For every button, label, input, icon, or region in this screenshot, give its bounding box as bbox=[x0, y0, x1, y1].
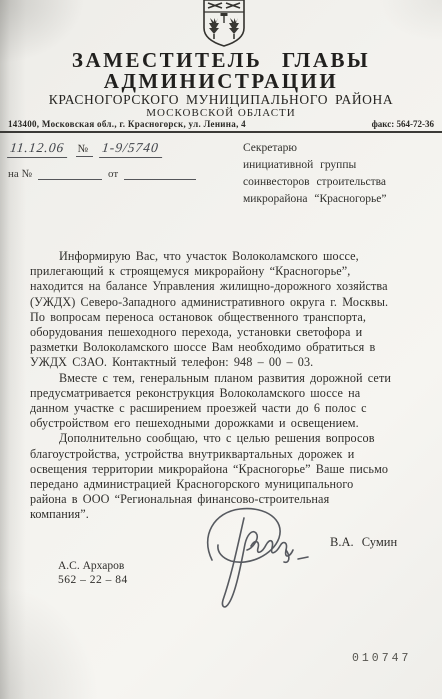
outgoing-number-handwritten: 1-9/5740 bbox=[99, 140, 164, 158]
executor-phone: 562 – 22 – 84 bbox=[58, 573, 128, 587]
recipient-line: соинвесторов строительства bbox=[243, 174, 433, 191]
body-line: Дополнительно сообщаю, что с целью решен… bbox=[30, 431, 432, 446]
krasnogorsk-crest-icon bbox=[201, 0, 247, 48]
scanned-letter-page: { "page": { "header": { "crest_icon": "k… bbox=[0, 0, 442, 699]
body-line: обустройством его пешеходными дорожками … bbox=[30, 416, 432, 431]
letterhead-title-line2: АДМИНИСТРАЦИИ bbox=[0, 69, 442, 94]
letterhead-title-line3: КРАСНОГОРСКОГО МУНИЦИПАЛЬНОГО РАЙОНА bbox=[0, 92, 442, 108]
letterhead-fax: факс: 564-72-36 bbox=[372, 119, 434, 129]
reference-line-incoming: на №от bbox=[8, 168, 196, 180]
number-sign: № bbox=[76, 143, 94, 157]
reply-date-blank bbox=[124, 168, 196, 180]
reply-number-label: на № bbox=[8, 168, 32, 180]
reference-line-outgoing: 11.12.06 № 1-9/5740 bbox=[8, 140, 163, 158]
body-line: предусматривается реконструкция Волокола… bbox=[30, 386, 432, 401]
letterhead-divider bbox=[0, 131, 442, 133]
form-serial-number: 010747 bbox=[352, 652, 411, 665]
recipient-line: Секретарю bbox=[243, 140, 433, 157]
reply-number-blank bbox=[38, 168, 102, 180]
outgoing-date-handwritten: 11.12.06 bbox=[7, 140, 69, 158]
handwritten-signature bbox=[192, 500, 320, 618]
recipient-line: микрорайона “Красногорье” bbox=[243, 191, 433, 208]
reply-date-label: от bbox=[108, 168, 118, 180]
body-line: УЖДХ СЗАО. Контактный телефон: 948 – 00 … bbox=[30, 355, 432, 370]
body-line: благоустройства, устройства внутрикварта… bbox=[30, 447, 432, 462]
executor-block: А.С. Архаров 562 – 22 – 84 bbox=[58, 559, 128, 587]
body-line: освещения территории микрорайона “Красно… bbox=[30, 462, 432, 477]
body-line: разметки Волоколамского шоссе Вам необхо… bbox=[30, 340, 432, 355]
body-line: данном участке с расширением проезжей ча… bbox=[30, 401, 432, 416]
body-line: Вместе с тем, генеральным планом развити… bbox=[30, 371, 432, 386]
letterhead-title-line4: МОСКОВСКОЙ ОБЛАСТИ bbox=[0, 107, 442, 119]
body-line: оборудования пешеходного перехода, устан… bbox=[30, 325, 432, 340]
body-line: находится на балансе Управления жилищно-… bbox=[30, 279, 432, 294]
body-line: По вопросам переноса остановок обществен… bbox=[30, 310, 432, 325]
body-line: Информирую Вас, что участок Волоколамско… bbox=[30, 249, 432, 264]
executor-name: А.С. Архаров bbox=[58, 559, 128, 573]
paragraph: Вместе с тем, генеральным планом развити… bbox=[30, 371, 432, 432]
body-paragraphs: Информирую Вас, что участок Волоколамско… bbox=[30, 249, 432, 523]
signer-name: В.А. Сумин bbox=[330, 535, 397, 550]
body-line: (УЖДХ) Северо-Западного административног… bbox=[30, 295, 432, 310]
recipient-block: Секретарюинициативной группысоинвесторов… bbox=[243, 140, 433, 208]
recipient-line: инициативной группы bbox=[243, 157, 433, 174]
letterhead-address: 143400, Московская обл., г. Красногорск,… bbox=[8, 119, 246, 129]
body-line: передано администрацией Красногорского м… bbox=[30, 477, 432, 492]
paragraph: Информирую Вас, что участок Волоколамско… bbox=[30, 249, 432, 371]
body-line: прилегающий к строящемуся микрорайону “К… bbox=[30, 264, 432, 279]
